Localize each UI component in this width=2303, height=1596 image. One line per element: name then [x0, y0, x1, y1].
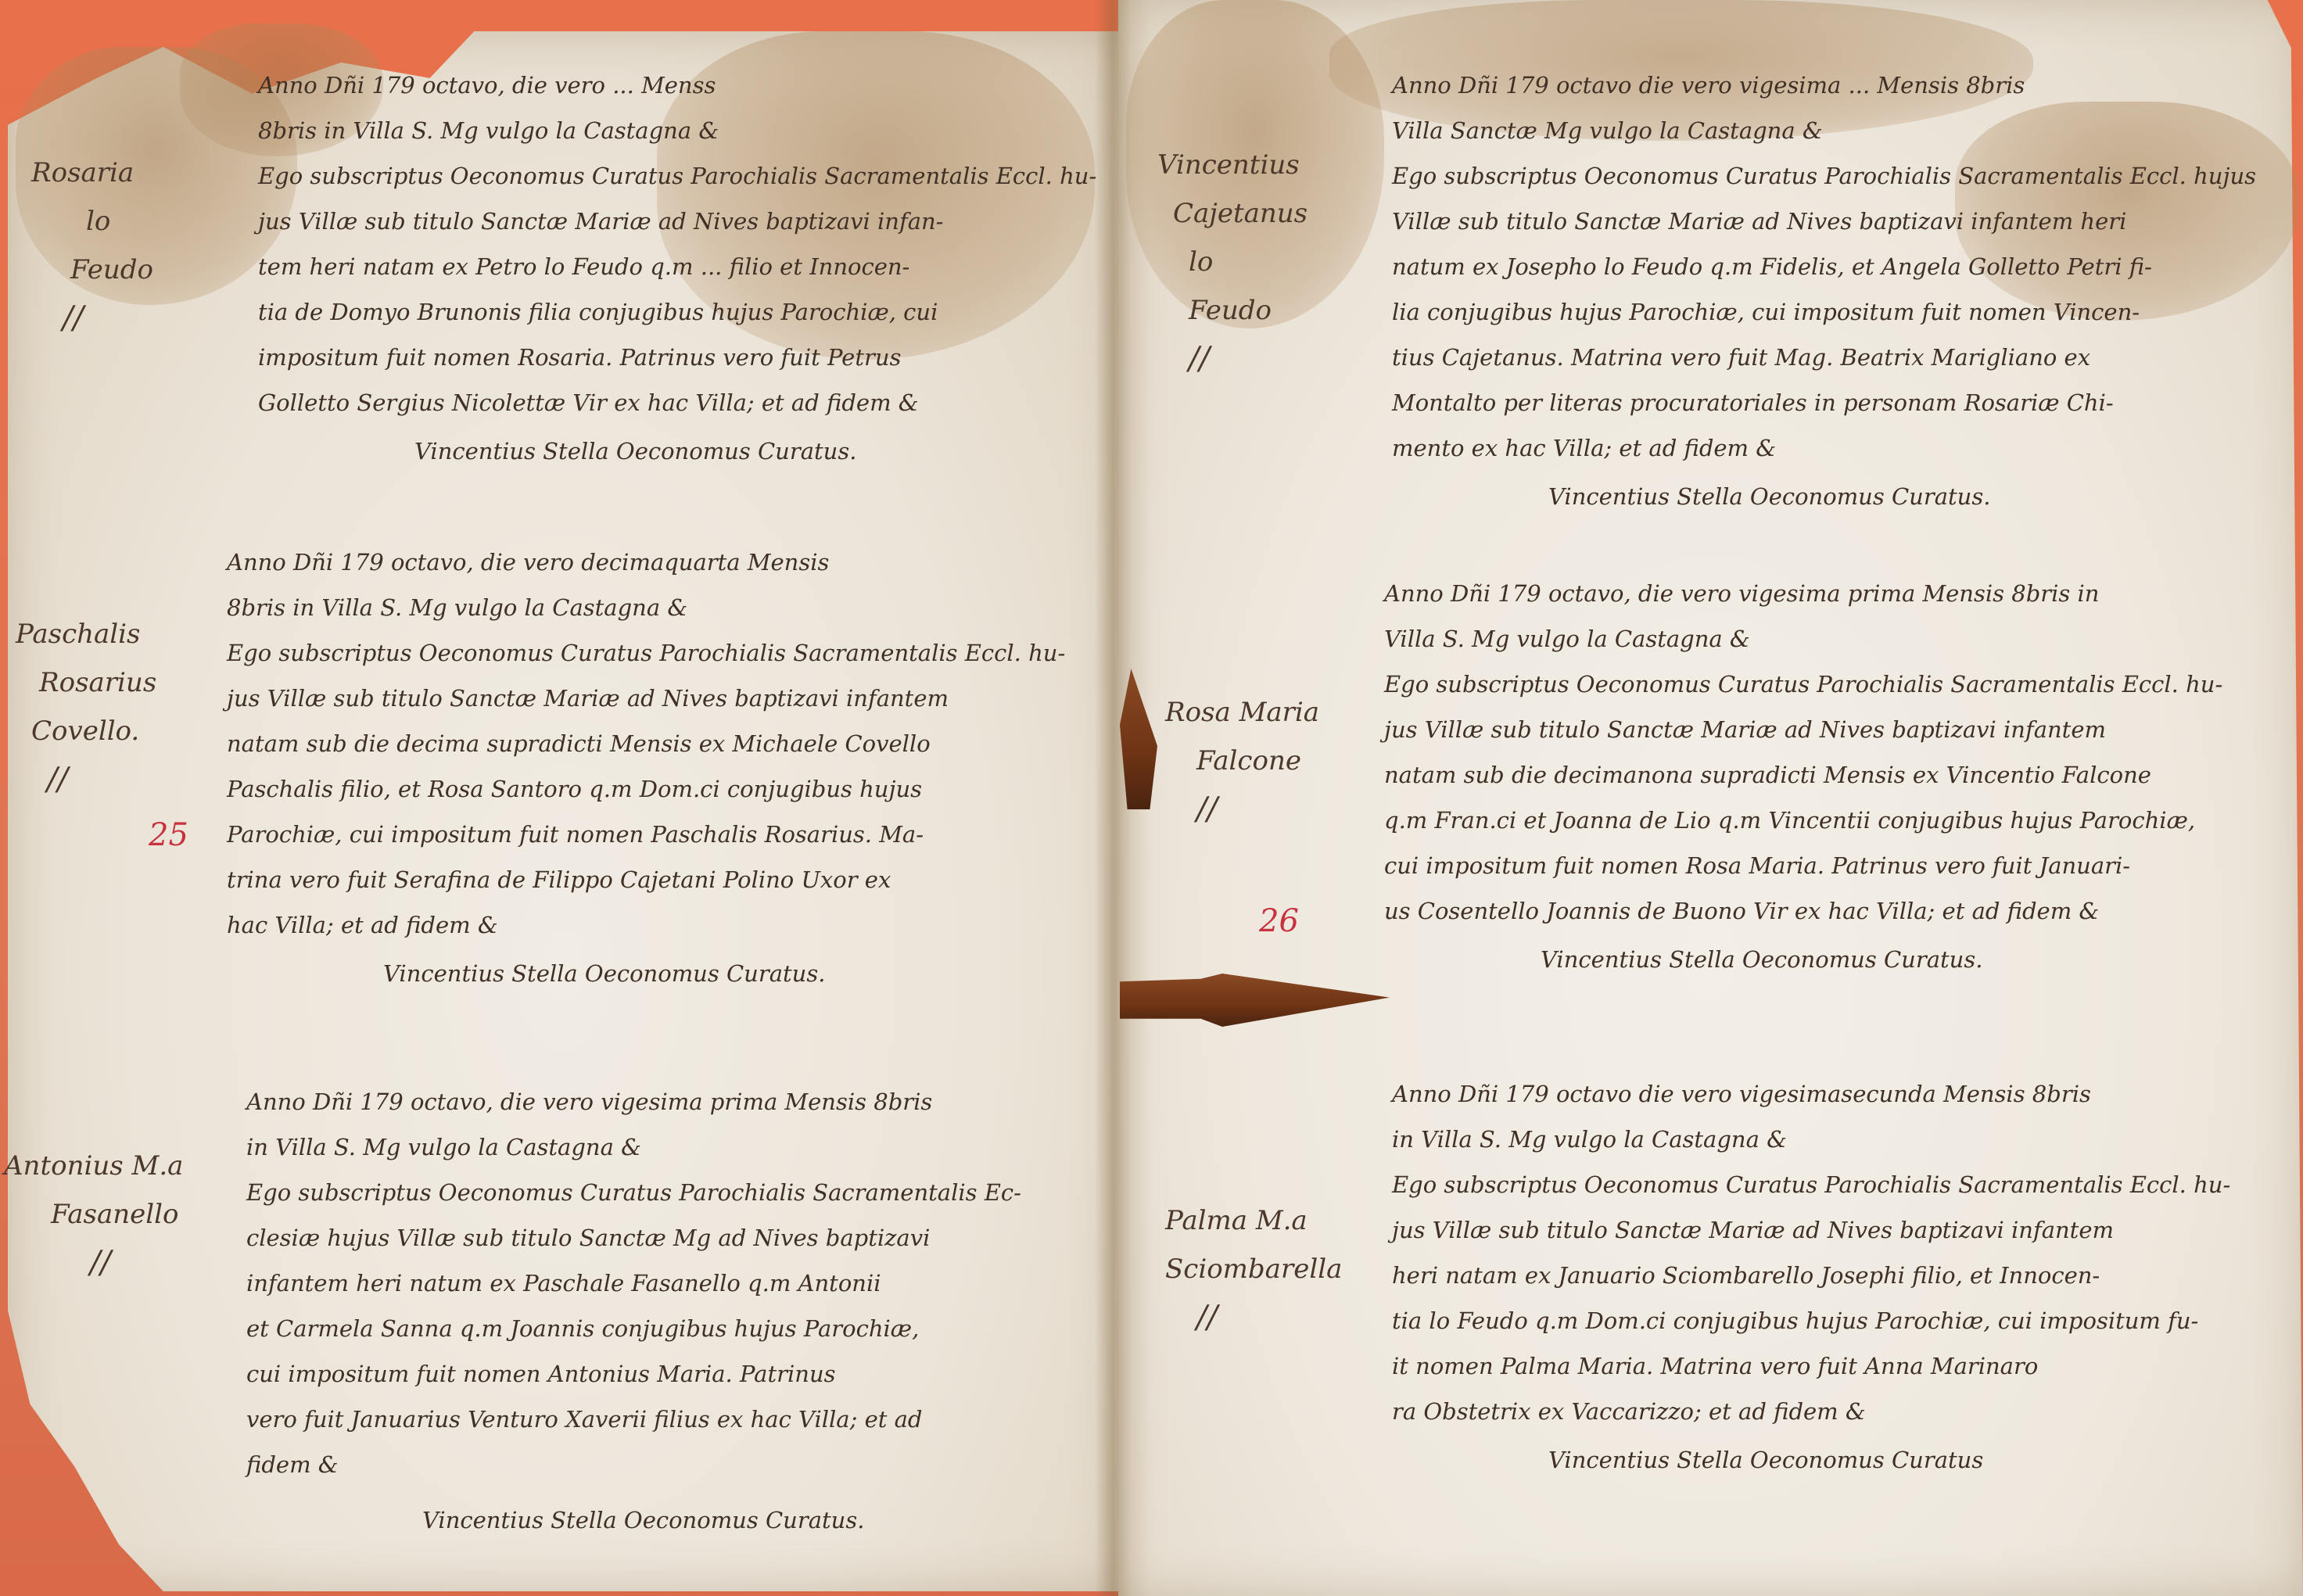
margin-name: Rosa Maria Falcone //	[1165, 688, 1319, 834]
page-number: 26	[1259, 903, 1299, 939]
signature: Vincentius Stella Oeconomus Curatus.	[1384, 934, 2222, 985]
margin-name: Vincentius Cajetanus lo Feudo //	[1157, 141, 1308, 383]
signature: Vincentius Stella Oeconomus Curatus.	[1392, 471, 2256, 522]
margin-name: Paschalis Rosarius Covello. //	[16, 610, 156, 804]
register-entry: Anno Dñi 179 octavo die vero vigesima ..…	[1392, 63, 2256, 522]
register-entry: Anno Dñi 179 octavo, die vero decimaquar…	[227, 540, 1065, 999]
margin-name: Antonius M.a Fasanello //	[4, 1142, 183, 1287]
margin-name: Palma M.a Sciombarella //	[1165, 1196, 1342, 1342]
register-entry: Anno Dñi 179 octavo, die vero vigesima p…	[246, 1079, 1021, 1487]
register-entry: Anno Dñi 179 octavo, die vero ... Menss …	[258, 63, 1096, 477]
margin-name: Rosaria lo Feudo //	[31, 149, 153, 343]
register-entry: Anno Dñi 179 octavo die vero vigesimasec…	[1392, 1071, 2230, 1486]
signature: Vincentius Stella Oeconomus Curatus	[1392, 1434, 2230, 1486]
signature: Vincentius Stella Oeconomus Curatus.	[422, 1497, 864, 1543]
signature: Vincentius Stella Oeconomus Curatus.	[227, 948, 1065, 999]
page-number: 25	[149, 817, 188, 853]
register-entry: Anno Dñi 179 octavo, die vero vigesima p…	[1384, 571, 2222, 985]
signature: Vincentius Stella Oeconomus Curatus.	[258, 425, 1096, 477]
